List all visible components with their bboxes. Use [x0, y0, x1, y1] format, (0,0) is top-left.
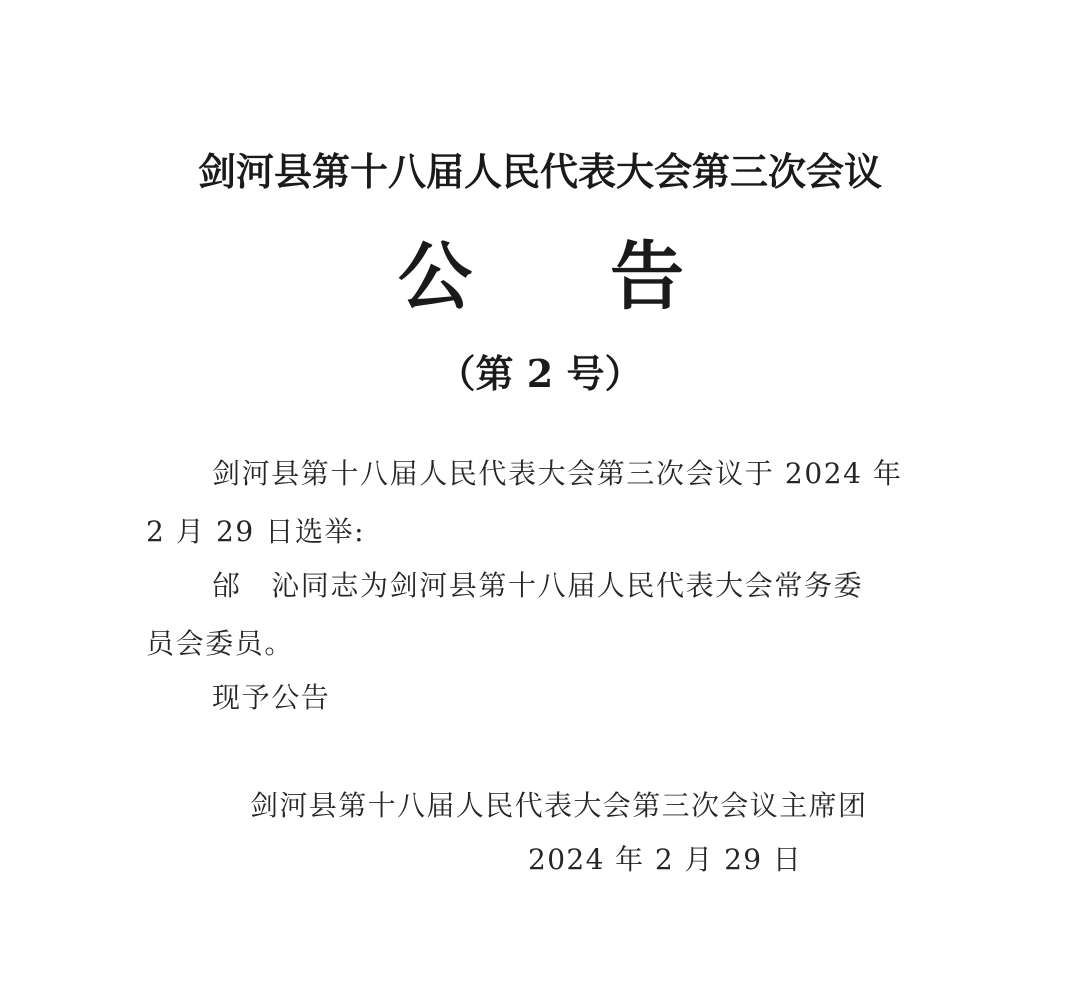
- signature-date: 2024 年 2 月 29 日: [528, 840, 802, 880]
- body-line-4: 员会委员。: [146, 624, 294, 664]
- heading-char-gong: 公: [398, 232, 472, 322]
- heading-char-gao: 告: [610, 232, 684, 322]
- body-line-2: 2 月 29 日选举:: [146, 512, 365, 552]
- body-line-3: 邰 沁同志为剑河县第十八届人民代表大会常务委: [212, 566, 863, 606]
- document-title: 剑河县第十八届人民代表大会第三次会议: [0, 146, 1080, 198]
- body-line-1: 剑河县第十八届人民代表大会第三次会议于 2024 年: [212, 454, 903, 494]
- body-line-5: 现予公告: [212, 678, 330, 718]
- signature-issuer: 剑河县第十八届人民代表大会第三次会议主席团: [250, 786, 867, 826]
- announcement-number: （第 2 号）: [0, 348, 1080, 400]
